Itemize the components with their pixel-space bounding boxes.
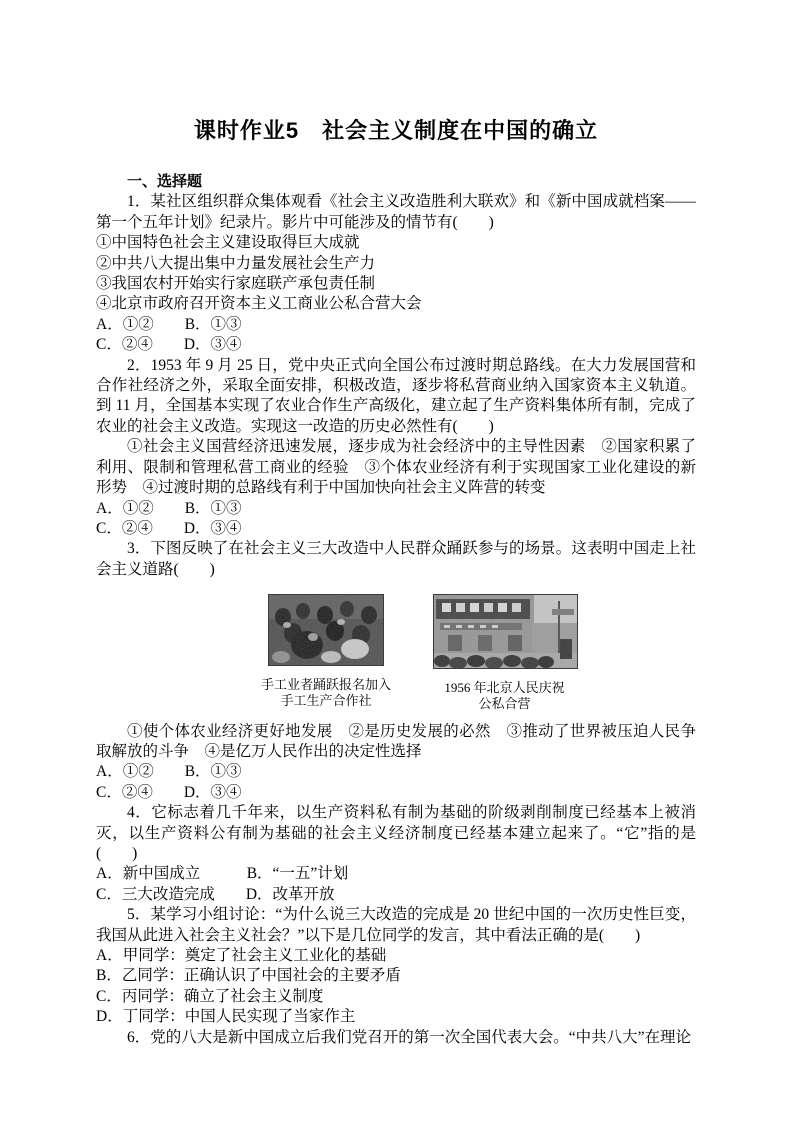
question-1-stem: 1．某社区组织群众集体观看《社会主义改造胜利大联欢》和《新中国成就档案——第一个… (96, 192, 696, 233)
question-6-stem: 6．党的八大是新中国成立后我们党召开的第一次全国代表大会。“中共八大”在理论 (96, 1028, 696, 1048)
question-2-options-cd: C．②④ D．③④ (96, 519, 696, 539)
question-4-stem: 4．它标志着几千年来，以生产资料私有制为基础的阶级剥削制度已经基本上被消灭，以生… (96, 803, 696, 864)
figure-caption-left-line1: 手工业者踊跃报名加入 (256, 677, 396, 693)
figure-caption-left: 手工业者踊跃报名加入 手工生产合作社 (256, 677, 396, 709)
question-2-stem: 2．1953 年 9 月 25 日，党中央正式向全国公布过渡时期总路线。在大力发… (96, 356, 696, 438)
question-1-item-4: ④北京市政府召开资本主义工商业公私合营大会 (96, 294, 696, 314)
question-1-item-1: ①中国特色社会主义建设取得巨大成就 (96, 233, 696, 253)
question-5-option-d: D．丁同学：中国人民实现了当家作主 (96, 1007, 696, 1027)
question-5-stem: 5．某学习小组讨论：“为什么说三大改造的完成是 20 世纪中国的一次历史性巨变，… (96, 905, 696, 946)
question-1-item-3: ③我国农村开始实行家庭联产承包责任制 (96, 274, 696, 294)
worksheet-content: 一、选择题 1．某社区组织群众集体观看《社会主义改造胜利大联欢》和《新中国成就档… (96, 172, 696, 1048)
question-3-stem: 3．下图反映了在社会主义三大改造中人民群众踊跃参与的场景。这表明中国走上社会主义… (96, 539, 696, 580)
question-2-options-ab: A．①② B．①③ (96, 499, 696, 519)
question-3-items: ①使个体农业经济更好地发展 ②是历史发展的必然 ③推动了世界被压迫人民争取解放的… (96, 722, 696, 763)
figure-caption-right: 1956 年北京人民庆祝 公私合营 (433, 680, 576, 712)
photo-beijing-celebration (433, 594, 578, 669)
section-heading: 一、选择题 (96, 172, 696, 192)
question-1-options-cd: C．②④ D．③④ (96, 335, 696, 355)
figure-beijing-celebration: 1956 年北京人民庆祝 公私合营 (433, 594, 576, 711)
question-1-options-ab: A．①② B．①③ (96, 315, 696, 335)
question-3-options-ab: A．①② B．①③ (96, 762, 696, 782)
question-4-options-ab: A．新中国成立 B．“一五”计划 (96, 864, 696, 884)
worksheet-page: 课时作业5 社会主义制度在中国的确立 一、选择题 1．某社区组织群众集体观看《社… (0, 0, 793, 1122)
photo-handicraft-signup (268, 594, 384, 666)
question-5-option-c: C．丙同学：确立了社会主义制度 (96, 987, 696, 1007)
question-3-options-cd: C．②④ D．③④ (96, 783, 696, 803)
page-title: 课时作业5 社会主义制度在中国的确立 (96, 118, 696, 144)
figure-row: 手工业者踊跃报名加入 手工生产合作社 (96, 594, 696, 711)
question-5-option-a: A．甲同学：奠定了社会主义工业化的基础 (96, 946, 696, 966)
figure-caption-right-line2: 公私合营 (433, 696, 576, 712)
figure-caption-right-line1: 1956 年北京人民庆祝 (433, 680, 576, 696)
question-5-option-b: B．乙同学：正确认识了中国社会的主要矛盾 (96, 966, 696, 986)
figure-caption-left-line2: 手工生产合作社 (256, 693, 396, 709)
figure-handicraft-cooperative: 手工业者踊跃报名加入 手工生产合作社 (256, 594, 396, 708)
question-2-items: ①社会主义国营经济迅速发展，逐步成为社会经济中的主导性因素 ②国家积累了利用、限… (96, 437, 696, 498)
question-4-options-cd: C．三大改造完成 D．改革开放 (96, 885, 696, 905)
question-1-item-2: ②中共八大提出集中力量发展社会生产力 (96, 254, 696, 274)
